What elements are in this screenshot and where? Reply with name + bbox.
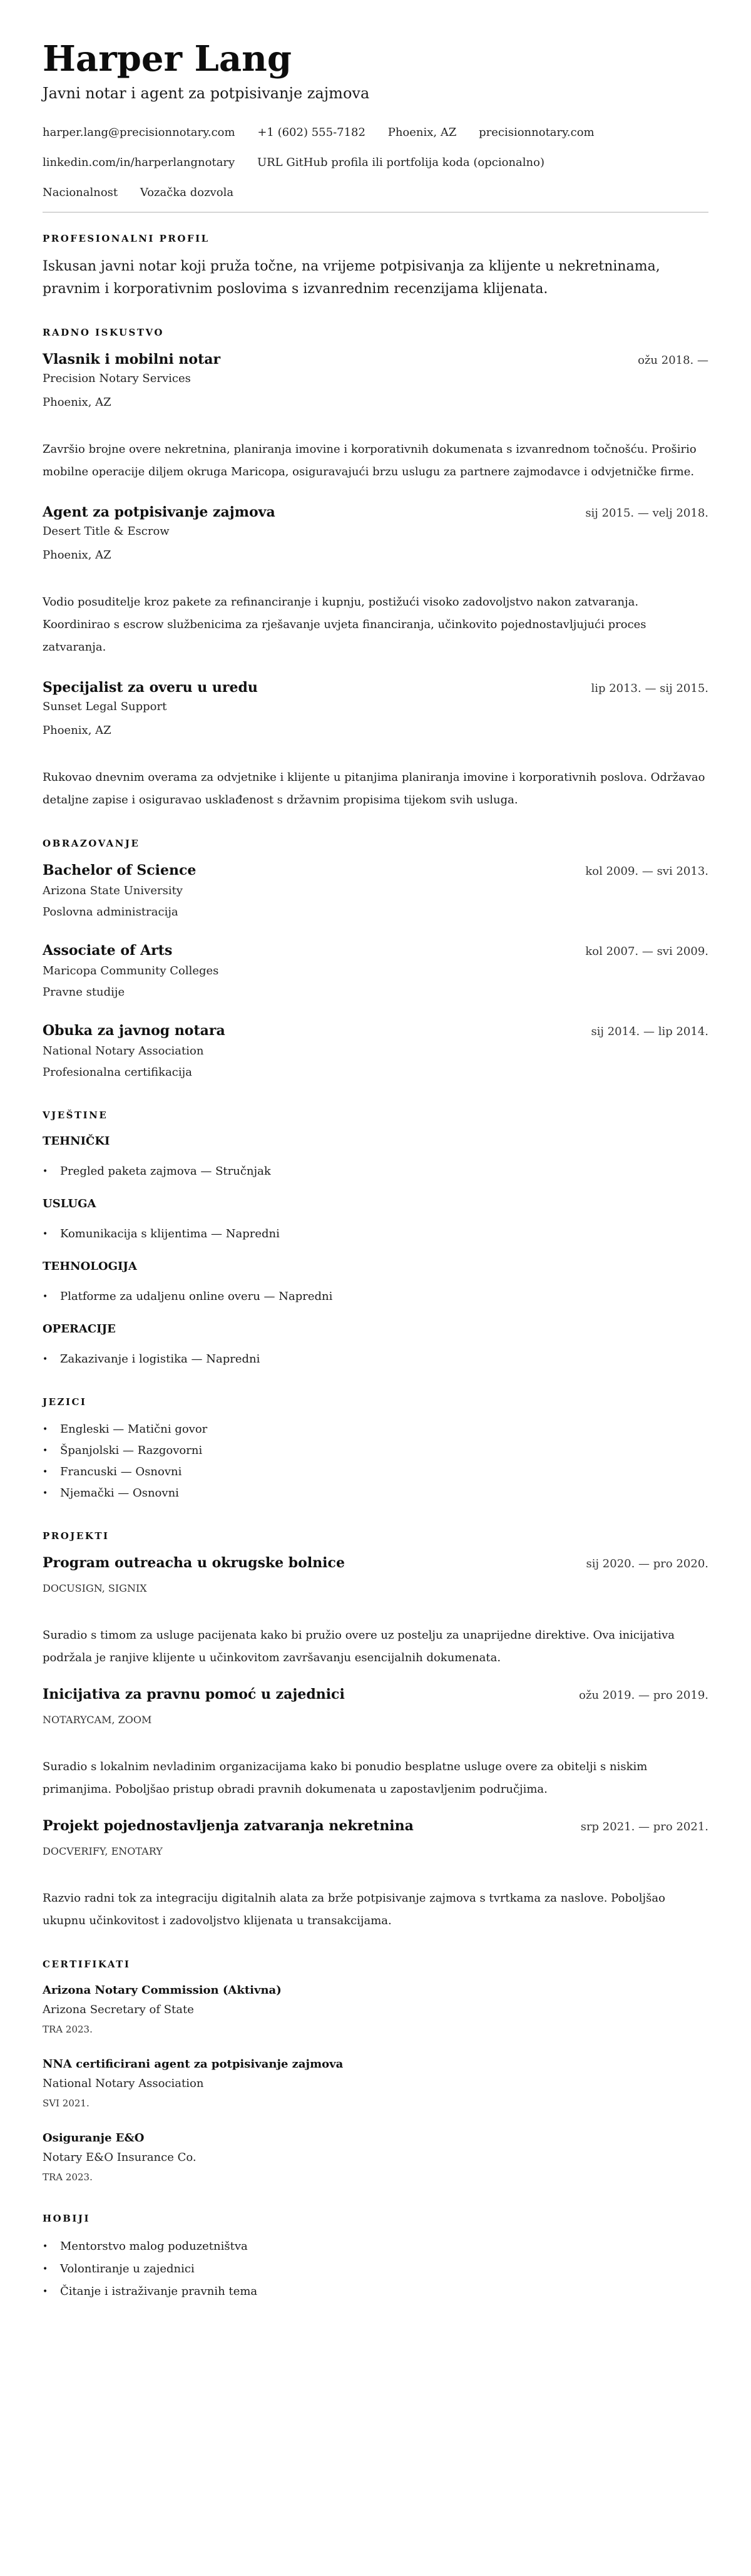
contact-drivers-license: Vozačka dozvola	[140, 186, 233, 199]
job-dates: lip 2013. — sij 2015.	[591, 682, 708, 695]
section-heading: Jezici	[43, 1396, 708, 1408]
certificates-section: Certifikati Arizona Notary Commission (A…	[43, 1959, 708, 2187]
skill-group: TehničkiPregled paketa zajmova — Stručnj…	[43, 1132, 708, 1182]
language-item: Francuski — Osnovni	[60, 1461, 708, 1483]
certificate-title: Osiguranje E&O	[43, 2129, 708, 2148]
project-description: Suradio s lokalnim nevladinim organizaci…	[43, 1756, 708, 1801]
education-entry: Associate of Artskol 2007. — svi 2009.Ma…	[43, 940, 708, 1003]
job-dates: sij 2015. — velj 2018.	[585, 507, 708, 520]
contact-info: harper.lang@precisionnotary.com +1 (602)…	[43, 118, 708, 208]
field-of-study: Pravne studije	[43, 982, 708, 1003]
education-dates: kol 2007. — svi 2009.	[585, 945, 708, 958]
degree-title: Associate of Arts	[43, 940, 172, 961]
experience-entry: Vlasnik i mobilni notarožu 2018. —Precis…	[43, 349, 708, 483]
company-name: Desert Title & Escrow	[43, 522, 708, 541]
certificate-title: NNA certificirani agent za potpisivanje …	[43, 2055, 708, 2074]
candidate-name: Harper Lang	[43, 36, 708, 81]
skills-list: TehničkiPregled paketa zajmova — Stručnj…	[43, 1132, 708, 1370]
job-location: Phoenix, AZ	[43, 546, 708, 565]
certificate-issuer: Notary E&O Insurance Co.	[43, 2148, 708, 2168]
project-dates: ožu 2019. — pro 2019.	[579, 1689, 708, 1702]
hobbies-section: Hobiji Mentorstvo malog poduzetništvaVol…	[43, 2213, 708, 2303]
skill-list: Zakazivanje i logistika — Napredni	[43, 1349, 708, 1370]
language-item: Engleski — Matični govor	[60, 1419, 708, 1440]
project-title: Projekt pojednostavljenja zatvaranja nek…	[43, 1816, 414, 1836]
job-description: Rukovao dnevnim overama za odvjetnike i …	[43, 766, 708, 811]
certificates-list: Arizona Notary Commission (Aktivna)Arizo…	[43, 1981, 708, 2187]
education-dates: kol 2009. — svi 2013.	[585, 865, 708, 878]
contact-row: Nacionalnost Vozačka dozvola	[43, 178, 708, 208]
entry-header: Associate of Artskol 2007. — svi 2009.	[43, 940, 708, 961]
certificate-entry: Osiguranje E&ONotary E&O Insurance Co.tr…	[43, 2129, 708, 2187]
school-name: Maricopa Community Colleges	[43, 961, 708, 982]
skill-group: UslugaKomunikacija s klijentima — Napred…	[43, 1195, 708, 1245]
job-title: Specijalist za overu u uredu	[43, 677, 258, 698]
contact-row: harper.lang@precisionnotary.com +1 (602)…	[43, 118, 708, 148]
school-name: National Notary Association	[43, 1041, 708, 1062]
hobby-item: Volontiranje u zajednici	[60, 2258, 708, 2280]
languages-section: Jezici Engleski — Matični govorŠpanjolsk…	[43, 1396, 708, 1504]
skill-list: Pregled paketa zajmova — Stručnjak	[43, 1161, 708, 1182]
contact-nationality: Nacionalnost	[43, 186, 118, 199]
project-title: Inicijativa za pravnu pomoć u zajednici	[43, 1684, 345, 1704]
education-entry: Bachelor of Sciencekol 2009. — svi 2013.…	[43, 860, 708, 923]
contact-row: linkedin.com/in/harperlangnotary URL Git…	[43, 148, 708, 178]
projects-list: Program outreacha u okrugske bolnicesij …	[43, 1553, 708, 1932]
company-name: Sunset Legal Support	[43, 698, 708, 716]
experience-list: Vlasnik i mobilni notarožu 2018. —Precis…	[43, 349, 708, 811]
candidate-title: Javni notar i agent za potpisivanje zajm…	[43, 83, 708, 104]
skill-group-title: Operacije	[43, 1320, 708, 1339]
field-of-study: Poslovna administracija	[43, 902, 708, 923]
skill-group-title: Tehnologija	[43, 1257, 708, 1276]
education-list: Bachelor of Sciencekol 2009. — svi 2013.…	[43, 860, 708, 1083]
language-item: Španjolski — Razgovorni	[60, 1440, 708, 1461]
job-dates: ožu 2018. —	[638, 354, 708, 367]
project-tech-stack: NotaryCam, Zoom	[43, 1712, 708, 1728]
project-tech-stack: DocVerify, eNotary	[43, 1843, 708, 1860]
entry-header: Agent za potpisivanje zajmovasij 2015. —…	[43, 502, 708, 522]
project-entry: Program outreacha u okrugske bolnicesij …	[43, 1553, 708, 1669]
entry-header: Bachelor of Sciencekol 2009. — svi 2013.	[43, 860, 708, 880]
section-heading: Projekti	[43, 1530, 708, 1542]
section-heading: Profesionalni profil	[43, 233, 708, 244]
certificate-entry: Arizona Notary Commission (Aktivna)Arizo…	[43, 1981, 708, 2039]
project-entry: Projekt pojednostavljenja zatvaranja nek…	[43, 1816, 708, 1932]
company-name: Precision Notary Services	[43, 369, 708, 388]
project-dates: sij 2020. — pro 2020.	[586, 1557, 709, 1570]
entry-header: Inicijativa za pravnu pomoć u zajednicio…	[43, 1684, 708, 1704]
school-name: Arizona State University	[43, 880, 708, 902]
entry-header: Program outreacha u okrugske bolnicesij …	[43, 1553, 708, 1573]
certificate-date: tra 2023.	[43, 2168, 708, 2187]
languages-list: Engleski — Matični govorŠpanjolski — Raz…	[43, 1419, 708, 1504]
section-heading: Vještine	[43, 1110, 708, 1121]
project-entry: Inicijativa za pravnu pomoć u zajednicio…	[43, 1684, 708, 1801]
experience-entry: Specijalist za overu u uredulip 2013. — …	[43, 677, 708, 811]
contact-linkedin[interactable]: linkedin.com/in/harperlangnotary	[43, 156, 235, 169]
hobby-item: Čitanje i istraživanje pravnih tema	[60, 2280, 708, 2303]
profile-section: Profesionalni profil Iskusan javni notar…	[43, 233, 708, 301]
skill-item: Platforme za udaljenu online overu — Nap…	[60, 1286, 708, 1307]
skill-group: TehnologijaPlatforme za udaljenu online …	[43, 1257, 708, 1307]
project-description: Suradio s timom za usluge pacijenata kak…	[43, 1624, 708, 1669]
job-title: Agent za potpisivanje zajmova	[43, 502, 275, 522]
skill-item: Pregled paketa zajmova — Stručnjak	[60, 1161, 708, 1182]
contact-website[interactable]: precisionnotary.com	[479, 126, 595, 139]
profile-summary: Iskusan javni notar koji pruža točne, na…	[43, 255, 708, 301]
education-entry: Obuka za javnog notarasij 2014. — lip 20…	[43, 1021, 708, 1083]
contact-email[interactable]: harper.lang@precisionnotary.com	[43, 126, 235, 139]
skill-group-title: Tehnički	[43, 1132, 708, 1151]
skill-group: OperacijeZakazivanje i logistika — Napre…	[43, 1320, 708, 1370]
resume-header: Harper Lang Javni notar i agent za potpi…	[43, 36, 708, 208]
certificate-issuer: Arizona Secretary of State	[43, 2000, 708, 2020]
field-of-study: Profesionalna certifikacija	[43, 1062, 708, 1083]
projects-section: Projekti Program outreacha u okrugske bo…	[43, 1530, 708, 1932]
skill-list: Platforme za udaljenu online overu — Nap…	[43, 1286, 708, 1307]
entry-header: Obuka za javnog notarasij 2014. — lip 20…	[43, 1021, 708, 1041]
hobby-item: Mentorstvo malog poduzetništva	[60, 2235, 708, 2258]
certificate-entry: NNA certificirani agent za potpisivanje …	[43, 2055, 708, 2113]
resume-page: Harper Lang Javni notar i agent za potpi…	[0, 0, 751, 2354]
contact-location: Phoenix, AZ	[388, 126, 457, 139]
section-heading: Certifikati	[43, 1959, 708, 1970]
entry-header: Specijalist za overu u uredulip 2013. — …	[43, 677, 708, 698]
skill-item: Zakazivanje i logistika — Napredni	[60, 1349, 708, 1370]
education-section: Obrazovanje Bachelor of Sciencekol 2009.…	[43, 838, 708, 1083]
hobbies-list: Mentorstvo malog poduzetništvaVolontiran…	[43, 2235, 708, 2303]
skill-item: Komunikacija s klijentima — Napredni	[60, 1224, 708, 1245]
project-tech-stack: DocuSign, Signix	[43, 1580, 708, 1597]
certificate-title: Arizona Notary Commission (Aktivna)	[43, 1981, 708, 2000]
job-title: Vlasnik i mobilni notar	[43, 349, 220, 369]
experience-section: Radno iskustvo Vlasnik i mobilni notarož…	[43, 327, 708, 811]
job-location: Phoenix, AZ	[43, 721, 708, 740]
skills-section: Vještine TehničkiPregled paketa zajmova …	[43, 1110, 708, 1370]
job-description: Završio brojne overe nekretnina, planira…	[43, 438, 708, 483]
project-dates: srp 2021. — pro 2021.	[581, 1820, 708, 1833]
experience-entry: Agent za potpisivanje zajmovasij 2015. —…	[43, 502, 708, 659]
certificate-date: tra 2023.	[43, 2020, 708, 2039]
certificate-date: svi 2021.	[43, 2094, 708, 2113]
certificate-issuer: National Notary Association	[43, 2074, 708, 2094]
skill-list: Komunikacija s klijentima — Napredni	[43, 1224, 708, 1245]
degree-title: Bachelor of Science	[43, 860, 196, 880]
entry-header: Vlasnik i mobilni notarožu 2018. —	[43, 349, 708, 369]
language-item: Njemački — Osnovni	[60, 1483, 708, 1504]
header-divider	[43, 212, 708, 213]
project-title: Program outreacha u okrugske bolnice	[43, 1553, 345, 1573]
project-description: Razvio radni tok za integraciju digitaln…	[43, 1887, 708, 1932]
job-description: Vodio posuditelje kroz pakete za refinan…	[43, 591, 708, 659]
section-heading: Obrazovanje	[43, 838, 708, 849]
skill-group-title: Usluga	[43, 1195, 708, 1213]
section-heading: Hobiji	[43, 2213, 708, 2224]
education-dates: sij 2014. — lip 2014.	[591, 1025, 708, 1038]
job-location: Phoenix, AZ	[43, 393, 708, 412]
entry-header: Projekt pojednostavljenja zatvaranja nek…	[43, 1816, 708, 1836]
section-heading: Radno iskustvo	[43, 327, 708, 338]
contact-phone[interactable]: +1 (602) 555-7182	[257, 126, 365, 139]
contact-github[interactable]: URL GitHub profila ili portfolija koda (…	[257, 156, 544, 169]
degree-title: Obuka za javnog notara	[43, 1021, 225, 1041]
